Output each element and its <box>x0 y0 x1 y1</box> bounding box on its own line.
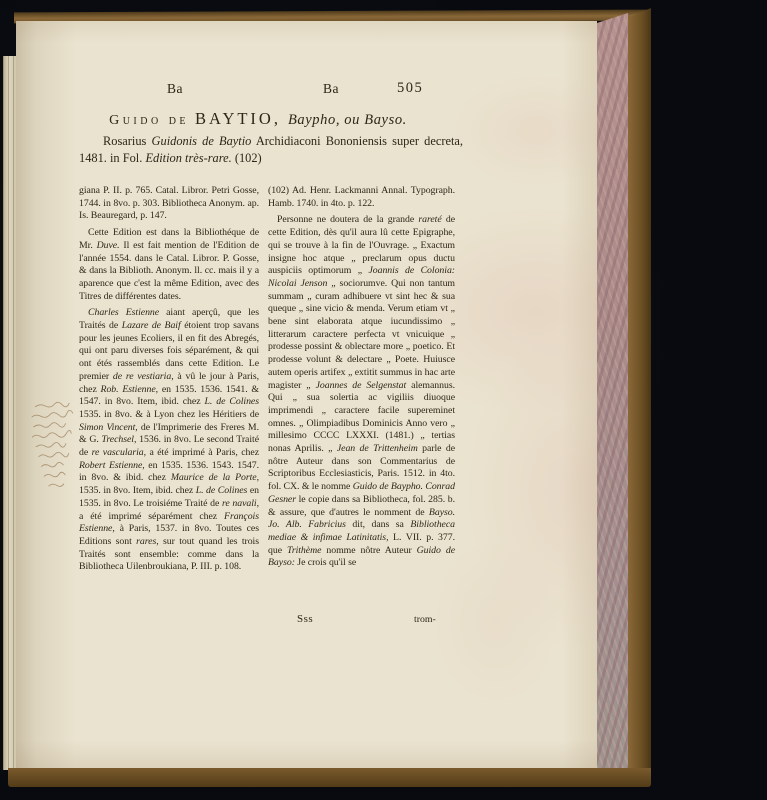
left-column: giana P. II. p. 765. Catal. Libror. Petr… <box>79 185 259 578</box>
signature-mark: Sss <box>297 613 313 625</box>
book-cover-edge-bottom <box>8 768 651 787</box>
book-page: Ba Ba 505 Guido de BAYTIO, Baypho, ou Ba… <box>16 21 597 770</box>
heading-name-italic: Baypho, ou Bayso. <box>288 112 407 128</box>
page-edge-stack-left <box>3 56 16 770</box>
right-column: (102) Ad. Henr. Lackmanni Annal. Typogra… <box>268 185 455 574</box>
heading-name-smallcaps: Guido de <box>109 113 189 128</box>
page-number: 505 <box>397 80 423 97</box>
left-paragraph-2: Cette Edition est dans la Bibliothéque d… <box>79 227 259 303</box>
handwritten-marginalia <box>28 397 94 493</box>
left-paragraph-1: giana P. II. p. 765. Catal. Libror. Petr… <box>79 185 259 223</box>
right-paragraph-footnote: (102) Ad. Henr. Lackmanni Annal. Typogra… <box>268 185 455 210</box>
marbled-page-edges <box>597 13 628 770</box>
book-scan-photo: Ba Ba 505 Guido de BAYTIO, Baypho, ou Ba… <box>0 0 767 800</box>
article-heading: Guido de BAYTIO, Baypho, ou Bayso. <box>56 109 460 129</box>
heading-name-caps: BAYTIO, <box>195 109 281 128</box>
book-cover-edge-right <box>628 8 651 780</box>
catchword: trom- <box>414 614 436 625</box>
running-title-left: Ba <box>167 81 183 97</box>
left-paragraph-3: Charles Estienne aiant aperçû, que les T… <box>79 307 259 574</box>
running-title-right: Ba <box>323 81 339 97</box>
article-subtitle: Rosarius Guidonis de Baytio Archidiaconi… <box>79 133 463 166</box>
right-paragraph-main: Personne ne doutera de la grande rareté … <box>268 214 455 570</box>
